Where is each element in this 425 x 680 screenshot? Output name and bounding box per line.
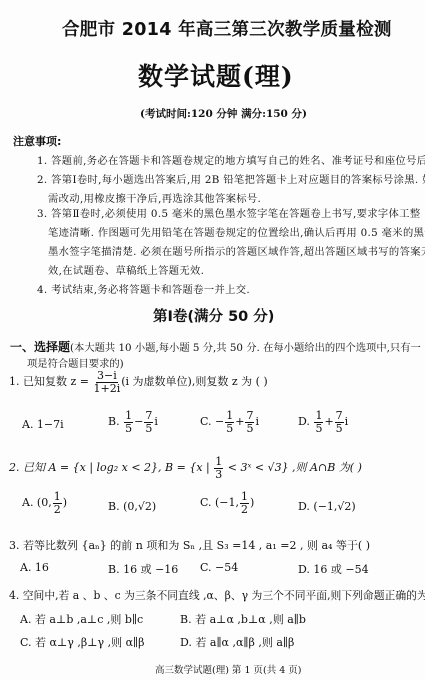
- q1-den: 1+2i: [94, 383, 121, 395]
- q3-option-b[interactable]: B. 16 或 −16: [108, 561, 178, 577]
- q1-option-b[interactable]: B. 15−75i: [108, 410, 158, 434]
- paren: ): [63, 496, 67, 509]
- num: 1: [240, 491, 249, 504]
- q1-d-frac2: 75: [335, 410, 344, 434]
- notice-item-3-cont-3: 效,在试题卷、草稿纸上答题无效.: [48, 262, 204, 277]
- num: 1: [214, 456, 223, 469]
- part1-title: 第Ⅰ卷(满分 50 分): [153, 305, 274, 326]
- den: 3: [215, 469, 222, 481]
- q1-b-label: B.: [108, 415, 120, 428]
- notice-item-2: 2. 答第Ⅰ卷时,每小题选出答案后,用 2B 铅笔把答题卡上对应题目的答案标号涂…: [37, 171, 425, 186]
- num: 7: [245, 410, 254, 423]
- q4-option-c[interactable]: C. 若 α⊥γ ,β⊥γ ,则 α∥β: [20, 634, 145, 650]
- q2-c-frac: 12: [240, 491, 249, 515]
- den: 5: [246, 423, 253, 435]
- q2-option-b[interactable]: B. (0,√2): [108, 500, 156, 513]
- q2-a-label: A. (0,: [22, 496, 52, 509]
- q2-option-a[interactable]: A. (0,12): [22, 491, 67, 515]
- question-4-stem: 4. 空间中,若 a 、b 、c 为三条不同直线 ,α、β、γ 为三个不同平面,…: [9, 588, 425, 603]
- q3-option-a[interactable]: A. 16: [20, 561, 49, 574]
- op: +: [235, 415, 244, 428]
- den: 5: [145, 423, 152, 435]
- q1-d-frac1: 15: [314, 410, 323, 434]
- exam-duration-score: (考试时间:120 分钟 满分:150 分): [140, 106, 307, 121]
- den: 5: [226, 423, 233, 435]
- num: 1: [225, 410, 234, 423]
- num: 1: [53, 491, 62, 504]
- q4-option-b[interactable]: B. 若 a⊥α ,b⊥α ,则 a∥b: [180, 611, 306, 627]
- op: −: [134, 415, 143, 428]
- q1-c-label: C. −: [200, 415, 224, 428]
- q2-c-label: C. (−1,: [200, 496, 239, 509]
- op: +: [324, 415, 333, 428]
- q1-prefix: 1. 已知复数 z =: [9, 375, 93, 388]
- question-3-stem: 3. 若等比数列 {aₙ} 的前 n 项和为 Sₙ ,且 S₃ =14 , a₁…: [9, 537, 370, 553]
- imag-unit: i: [154, 415, 158, 428]
- q2-option-c[interactable]: C. (−1,12): [200, 491, 254, 515]
- q1-num: 3−i: [96, 370, 118, 383]
- imag-unit: i: [345, 415, 349, 428]
- q4-option-a[interactable]: A. 若 a⊥b ,a⊥c ,则 b∥c: [20, 611, 143, 627]
- num: 7: [144, 410, 153, 423]
- page-footer: 高三数学试题(理) 第 1 页(共 4 页): [155, 662, 302, 676]
- q2-prefix: 2. 已知 A = {x | log₂ x < 2}, B = {x |: [9, 461, 213, 474]
- question-2-stem: 2. 已知 A = {x | log₂ x < 2}, B = {x | 13 …: [9, 456, 362, 480]
- q1-b-frac2: 75: [144, 410, 153, 434]
- imag-unit: i: [255, 415, 259, 428]
- paren: ): [250, 496, 254, 509]
- exam-subject-title: 数学试题(理): [138, 57, 294, 93]
- q2-suffix: < 3ˣ < √3} ,则 A∩B 为( ): [224, 461, 362, 474]
- q1-c-frac2: 75: [245, 410, 254, 434]
- q2-option-d[interactable]: D. (−1,√2): [298, 500, 356, 513]
- den: 5: [336, 423, 343, 435]
- notice-item-4: 4. 考试结束,务必将答题卡和答题卷一并上交.: [37, 281, 250, 296]
- num: 7: [335, 410, 344, 423]
- q1-c-frac1: 15: [225, 410, 234, 434]
- q1-option-c[interactable]: C. −15+75i: [200, 410, 259, 434]
- notice-item-3: 3. 答第Ⅱ卷时,必须使用 0.5 毫米的黑色墨水签字笔在答题卷上书写,要求字体…: [37, 205, 420, 220]
- notice-heading: 注意事项:: [13, 133, 61, 149]
- den: 2: [241, 504, 248, 516]
- q1-fraction: 3−i1+2i: [94, 370, 121, 394]
- section-label: 一、选择题: [10, 340, 70, 354]
- notice-item-1: 1. 答题前,务必在答题卡和答题卷规定的地方填写自己的姓名、准考证号和座位号后两…: [37, 152, 425, 167]
- section-desc-cont: 项是符合题目要求的): [27, 355, 124, 370]
- q4-option-d[interactable]: D. 若 a∥α ,α∥β ,则 a∥β: [180, 634, 294, 650]
- q3-option-d[interactable]: D. 16 或 −54: [298, 561, 369, 577]
- den: 5: [125, 423, 132, 435]
- num: 1: [314, 410, 323, 423]
- q3-option-c[interactable]: C. −54: [200, 561, 238, 574]
- notice-item-3-cont-1: 笔迹清晰. 作图题可先用铅笔在答题卷规定的位置绘出,确认后再用 0.5 毫米的黑…: [48, 224, 425, 239]
- q1-option-a[interactable]: A. 1−7i: [22, 418, 64, 431]
- question-1-stem: 1. 已知复数 z = 3−i1+2i(i 为虚数单位),则复数 z 为 ( ): [9, 370, 268, 394]
- q1-suffix: (i 为虚数单位),则复数 z 为 ( ): [121, 375, 267, 388]
- notice-item-2-cont: 需改动,用橡皮擦干净后,再选涂其他答案标号.: [48, 190, 261, 205]
- q1-d-label: D.: [298, 415, 310, 428]
- q1-b-frac1: 15: [124, 410, 133, 434]
- den: 5: [315, 423, 322, 435]
- q2-a-frac: 12: [53, 491, 62, 515]
- q2-fraction: 13: [214, 456, 223, 480]
- section-header: 一、选择题(本大题共 10 小题,每小题 5 分,共 50 分. 在每小题给出的…: [10, 338, 421, 355]
- exam-header-title: 合肥市 2014 年高三第三次教学质量检测: [62, 16, 392, 41]
- num: 1: [124, 410, 133, 423]
- section-desc: (本大题共 10 小题,每小题 5 分,共 50 分. 在每小题给出的四个选项中…: [70, 342, 421, 354]
- q1-option-d[interactable]: D. 15+75i: [298, 410, 348, 434]
- den: 2: [54, 504, 61, 516]
- notice-item-3-cont-2: 墨水签字笔描清楚. 必须在题号所指示的答题区域作答,超出答题区域书写的答案无: [48, 243, 425, 258]
